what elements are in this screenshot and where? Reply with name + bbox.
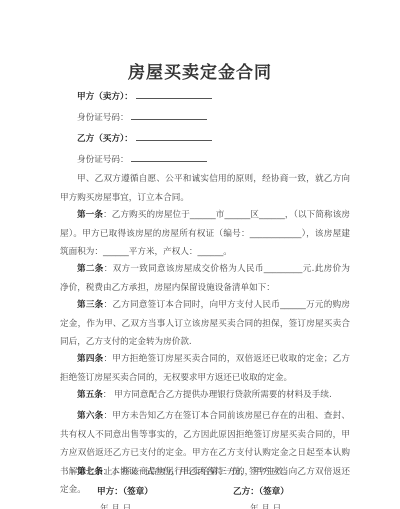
party-b-row: 乙方（买方）：: [77, 131, 212, 145]
article-1: 第一条：乙方购买的房屋位于______市______区______，（以下简称该…: [60, 206, 350, 262]
date-a: 年 月 日: [100, 503, 131, 509]
id-label-a: 身份证号码：: [77, 113, 129, 123]
article-3: 第三条：乙方同意签订本合同时，向甲方支付人民币______万元的购房定金，作为甲…: [60, 296, 350, 352]
article-4: 第四条：甲方拒绝签订房屋买卖合同的，双倍返还已收取的定金；乙方拒绝签订房屋买卖合…: [60, 350, 350, 387]
article-5: 第五条： 甲方同意配合乙方提供办理银行贷款所需要的材料及手续.: [60, 386, 350, 405]
article-7: 第七条：本协议一式叁份，甲乙丙各持一份，签字生效。: [60, 463, 350, 482]
id-row-b: 身份证号码：: [77, 152, 207, 166]
party-b-blank: [136, 131, 212, 141]
document-title: 房屋买卖定金合同: [0, 58, 400, 83]
party-a-label: 甲方（卖方）：: [77, 92, 133, 102]
date-b: 年 月 日: [250, 503, 281, 509]
intro-paragraph: 甲、乙双方遵循自愿、公平和诚实信用的原则，经协商一致，就乙方向甲方购买房屋事宜，…: [60, 170, 350, 207]
party-a-blank: [136, 89, 212, 99]
id-label-b: 身份证号码：: [77, 155, 129, 165]
id-blank-a: [131, 110, 207, 120]
party-a-row: 甲方（卖方）：: [77, 89, 212, 103]
id-blank-b: [131, 152, 207, 162]
party-b-label: 乙方（买方）：: [77, 134, 133, 144]
id-row-a: 身份证号码：: [77, 110, 207, 124]
article-2: 第二条：双方一致同意该房屋成交价格为人民币_________元.此房价为净价，税…: [60, 260, 350, 297]
signature-b: 乙方：（签章）: [233, 486, 289, 498]
signature-a: 甲方：（签章）: [97, 486, 153, 498]
